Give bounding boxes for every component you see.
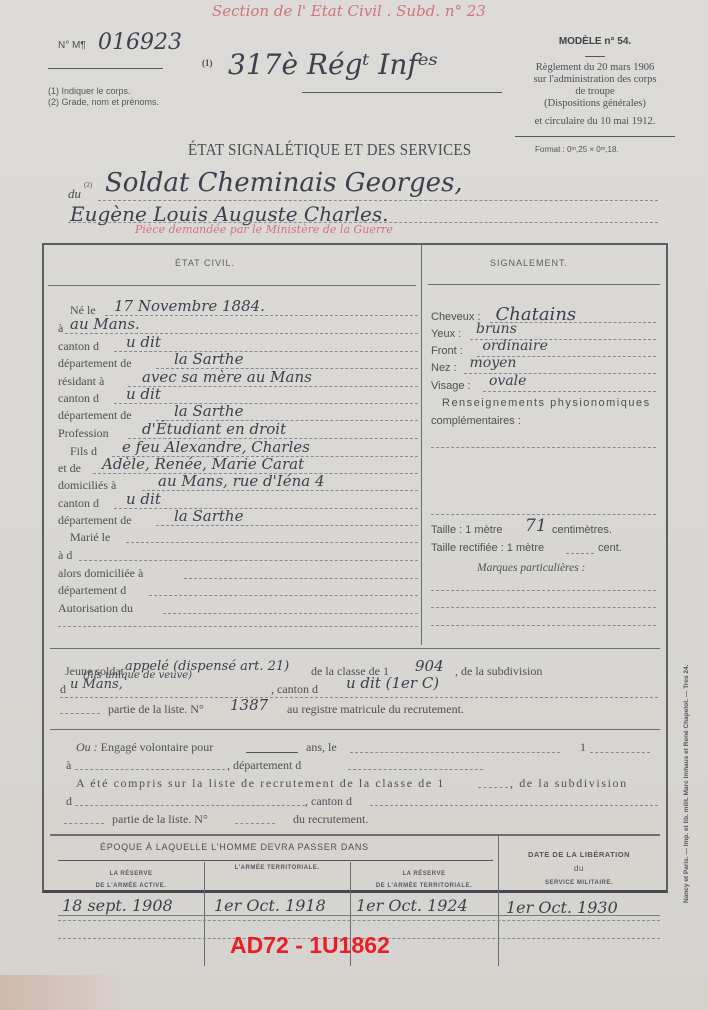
- etat-civil-blank-line: [128, 386, 418, 387]
- col-reserve-territoriale-header: LA RÉSERVE DE L'ARMÉE TERRITORIALE.: [350, 868, 498, 892]
- year-prefix: 1: [580, 740, 586, 755]
- d-label-2: d: [66, 794, 72, 809]
- etat-civil-blank-line: [142, 490, 418, 491]
- taille-rectifiee-unit: cent.: [598, 542, 622, 554]
- etat-civil-value: d'Étudiant en droit: [142, 420, 286, 438]
- reglement-line: (Dispositions générales): [505, 98, 685, 110]
- etat-civil-blank-line: [65, 333, 418, 334]
- etat-civil-blank-line: [114, 403, 418, 404]
- column-divider: [421, 245, 422, 645]
- du-label: du: [68, 186, 81, 202]
- matricule-flourish: [48, 68, 163, 69]
- matricule-number: 016923: [98, 30, 182, 55]
- col-header-line: DE L'ARMÉE ACTIVE.: [58, 880, 204, 892]
- etat-civil-label: et de: [58, 461, 81, 476]
- section-rule: [50, 729, 660, 730]
- etat-civil-blank-line: [114, 351, 418, 352]
- etat-civil-label: canton d: [58, 391, 99, 406]
- thumb-edge: [0, 975, 130, 1010]
- archive-stamp: AD72 - 1U1862: [230, 932, 390, 959]
- etat-civil-value: au Mans, rue d'Iéna 4: [158, 472, 325, 490]
- etat-civil-label: canton d: [58, 496, 99, 511]
- etat-civil-blank-line: [184, 578, 418, 579]
- marques-label: Marques particulières :: [477, 562, 585, 574]
- corps-value: 317è Régᵗ Infᵉˢ: [228, 48, 438, 81]
- du-marker: (2): [84, 181, 92, 189]
- marques-line: [431, 590, 656, 591]
- col-header-line: DE L'ARMÉE TERRITORIALE.: [350, 880, 498, 892]
- signalement-blank-line: [483, 391, 656, 392]
- classe-blank: [478, 787, 508, 788]
- date-territoriale: 1er Oct. 1918: [214, 896, 326, 915]
- reglement-block: Règlement du 20 mars 1906 sur l'administ…: [505, 62, 685, 110]
- partie-blank: [60, 713, 100, 714]
- etat-civil-heading-rule: [48, 285, 416, 286]
- etat-civil-label: département d: [58, 583, 126, 598]
- etat-civil-heading: ÉTAT CIVIL.: [175, 258, 235, 268]
- footnote-2: (2) Grade, nom et prénoms.: [48, 97, 159, 107]
- etat-civil-blank-line: [114, 508, 418, 509]
- a-label: à: [66, 758, 71, 773]
- corps-marker: (1): [202, 58, 213, 68]
- reglement-line: Règlement du 20 mars 1906: [505, 62, 685, 74]
- signalement-value: bruns: [476, 321, 517, 337]
- etat-civil-value: e feu Alexandre, Charles: [122, 438, 310, 456]
- etat-civil-label: Autorisation du: [58, 601, 133, 616]
- document-page: Section de l' Etat Civil . Subd. n° 23 N…: [0, 0, 708, 1010]
- section-rule: [50, 648, 660, 649]
- etat-civil-label: canton d: [58, 339, 99, 354]
- etat-civil-blank-line: [126, 542, 418, 543]
- signalement-heading: SIGNALEMENT.: [490, 258, 568, 268]
- taille-unit: centimètres.: [552, 524, 612, 536]
- epoque-heading: ÉPOQUE À LAQUELLE L'HOMME DEVRA PASSER D…: [100, 842, 369, 852]
- etat-civil-blank-line: [163, 613, 418, 614]
- etat-civil-label: domiciliés à: [58, 478, 116, 493]
- col-reserve-active-header: LA RÉSERVE DE L'ARMÉE ACTIVE.: [58, 868, 204, 892]
- signalement-label: Cheveux :: [431, 311, 481, 323]
- partie-blank-2: [64, 823, 104, 824]
- col-header-line: DATE DE LA LIBÉRATION: [498, 848, 660, 862]
- taille-value: 71: [525, 516, 547, 536]
- canton-label-2: , canton d: [305, 794, 352, 809]
- signalement-blank-line: [431, 447, 656, 448]
- signalement-label: Yeux :: [431, 328, 461, 340]
- etat-civil-label: résidant à: [58, 374, 104, 389]
- etat-civil-blank-line: [156, 525, 418, 526]
- canton-blank: [370, 805, 658, 806]
- signalement-label: Visage :: [431, 380, 471, 392]
- etat-civil-label: Profession: [58, 426, 109, 441]
- partie-label-2: partie de la liste. N°: [112, 812, 208, 827]
- footnote-1: (1) Indiquer le corps.: [48, 86, 131, 96]
- date-liberation: 1er Oct. 1930: [506, 898, 618, 917]
- modele-divider: [585, 56, 605, 57]
- etat-civil-label: Marié le: [70, 530, 110, 545]
- dates-rule: [58, 920, 660, 921]
- etat-civil-label: département de: [58, 408, 132, 423]
- etat-civil-blank-line: [149, 595, 418, 596]
- registre-label: au registre matricule du recrutement.: [287, 702, 464, 717]
- liste-number: 1387: [230, 696, 268, 714]
- etat-civil-label: alors domiciliée à: [58, 566, 143, 581]
- subdivision-label-2: , de la subdivision: [510, 776, 628, 791]
- a-blank: [75, 769, 225, 770]
- col-header-line: SERVICE MILITAIRE.: [498, 876, 660, 890]
- etat-civil-label: à: [58, 321, 63, 336]
- signalement-label: Nez :: [431, 362, 457, 374]
- etat-civil-blank-line: [79, 560, 418, 561]
- compris-label: A été compris sur la liste de recrutemen…: [76, 776, 445, 791]
- taille-rectifiee-blank: [566, 553, 594, 554]
- section-rule: [50, 834, 660, 836]
- signalement-heading-rule: [428, 284, 660, 285]
- reglement-line: sur l'administration des corps: [505, 74, 685, 86]
- circulaire: et circulaire du 10 mai 1912.: [505, 116, 685, 127]
- col-header-line: L'ARMÉE TERRITORIALE.: [204, 862, 350, 874]
- ans-blank: [246, 752, 298, 753]
- complementaires-label: complémentaires :: [431, 415, 521, 427]
- etat-civil-label: département de: [58, 356, 132, 371]
- etat-civil-value: la Sarthe: [174, 507, 243, 525]
- etat-civil-label: à d: [58, 548, 72, 563]
- subdivision-blank: [75, 805, 305, 806]
- recrutement-line: [60, 697, 658, 698]
- departement-blank: [348, 769, 483, 770]
- partie-label: partie de la liste. N°: [108, 702, 204, 717]
- no-blank: [235, 823, 275, 824]
- etat-civil-value: u dit: [126, 385, 161, 403]
- year-blank: [590, 752, 650, 753]
- col-header-line: du: [498, 862, 660, 876]
- signalement-value: moyen: [470, 355, 517, 371]
- date-blank: [350, 752, 560, 753]
- taille-rectifiee-label: Taille rectifiée : 1 mètre: [431, 542, 544, 554]
- matricule-label: N° M¶: [58, 40, 86, 51]
- identity-line-1: Soldat Cheminais Georges,: [105, 168, 463, 198]
- canton-label: , canton d: [271, 682, 318, 697]
- engage-line-1: Ou : Engagé volontaire pour: [76, 740, 213, 755]
- ans-label: ans, le: [306, 740, 337, 755]
- departement-label: , département d: [227, 758, 301, 773]
- etat-civil-value: la Sarthe: [174, 350, 243, 368]
- etat-civil-value: u dit: [126, 490, 161, 508]
- col-liberation-header: DATE DE LA LIBÉRATION du SERVICE MILITAI…: [498, 848, 660, 890]
- signalement-label: Front :: [431, 345, 463, 357]
- etat-civil-value: Adèle, Renée, Marie Carat: [102, 455, 304, 473]
- etat-civil-label: Fils d: [70, 444, 97, 459]
- etat-civil-blank-line: [105, 315, 418, 316]
- signalement-value: ovale: [489, 373, 526, 389]
- date-reserve-territoriale: 1er Oct. 1924: [356, 896, 468, 915]
- col-header-line: LA RÉSERVE: [58, 868, 204, 880]
- modele-number: MODÈLE n° 54.: [515, 36, 675, 47]
- ou-label: Ou :: [76, 740, 98, 754]
- signalement-value: ordinaire: [483, 338, 548, 354]
- format-text: Format : 0ᵐ,25 × 0ᵐ,18.: [535, 145, 619, 154]
- document-title: ÉTAT SIGNALÉTIQUE ET DES SERVICES: [188, 140, 471, 160]
- marques-line: [431, 625, 656, 626]
- subdivision-value: u Mans,: [70, 677, 123, 692]
- taille-label: Taille : 1 mètre: [431, 524, 503, 536]
- col-territoriale-header: L'ARMÉE TERRITORIALE.: [204, 868, 350, 874]
- etat-civil-value: u dit: [126, 333, 161, 351]
- modele-flourish: [515, 136, 675, 137]
- epoque-flourish: [58, 860, 493, 861]
- etat-civil-label: département de: [58, 513, 132, 528]
- printer-imprint: Nancy et Paris. — Imp. et lib. milit. Ma…: [683, 665, 690, 903]
- red-annotation-section: Section de l' Etat Civil . Subd. n° 23: [212, 2, 486, 20]
- date-reserve-active: 18 sept. 1908: [62, 896, 173, 915]
- etat-civil-blank-line: [58, 626, 418, 627]
- reglement-line: de troupe: [505, 86, 685, 98]
- etat-civil-value: 17 Novembre 1884.: [114, 297, 265, 315]
- col-divider: [204, 916, 205, 966]
- classe-value: 904: [415, 657, 444, 675]
- etat-civil-value: au Mans.: [70, 315, 140, 333]
- canton-value: u dit (1er C): [346, 674, 439, 692]
- engage-label: Engagé volontaire pour: [101, 740, 214, 754]
- etat-civil-value: avec sa mère au Mans: [142, 368, 312, 386]
- red-note-ministere: Pièce demandée par le Ministère de la Gu…: [135, 223, 393, 236]
- corps-underline: [302, 92, 502, 93]
- col-header-line: LA RÉSERVE: [350, 868, 498, 880]
- etat-civil-value: la Sarthe: [174, 402, 243, 420]
- marques-line: [431, 607, 656, 608]
- identity-underline-1: [98, 200, 658, 201]
- renseignements-label: Renseignements physionomiques: [442, 397, 651, 409]
- subdivision-label: , de la subdivision: [455, 664, 542, 679]
- subdivision-d-label: d: [60, 682, 66, 697]
- col-divider: [498, 916, 499, 966]
- signalement-blank-line: [431, 514, 656, 515]
- recrutement-label-2: du recrutement.: [293, 812, 368, 827]
